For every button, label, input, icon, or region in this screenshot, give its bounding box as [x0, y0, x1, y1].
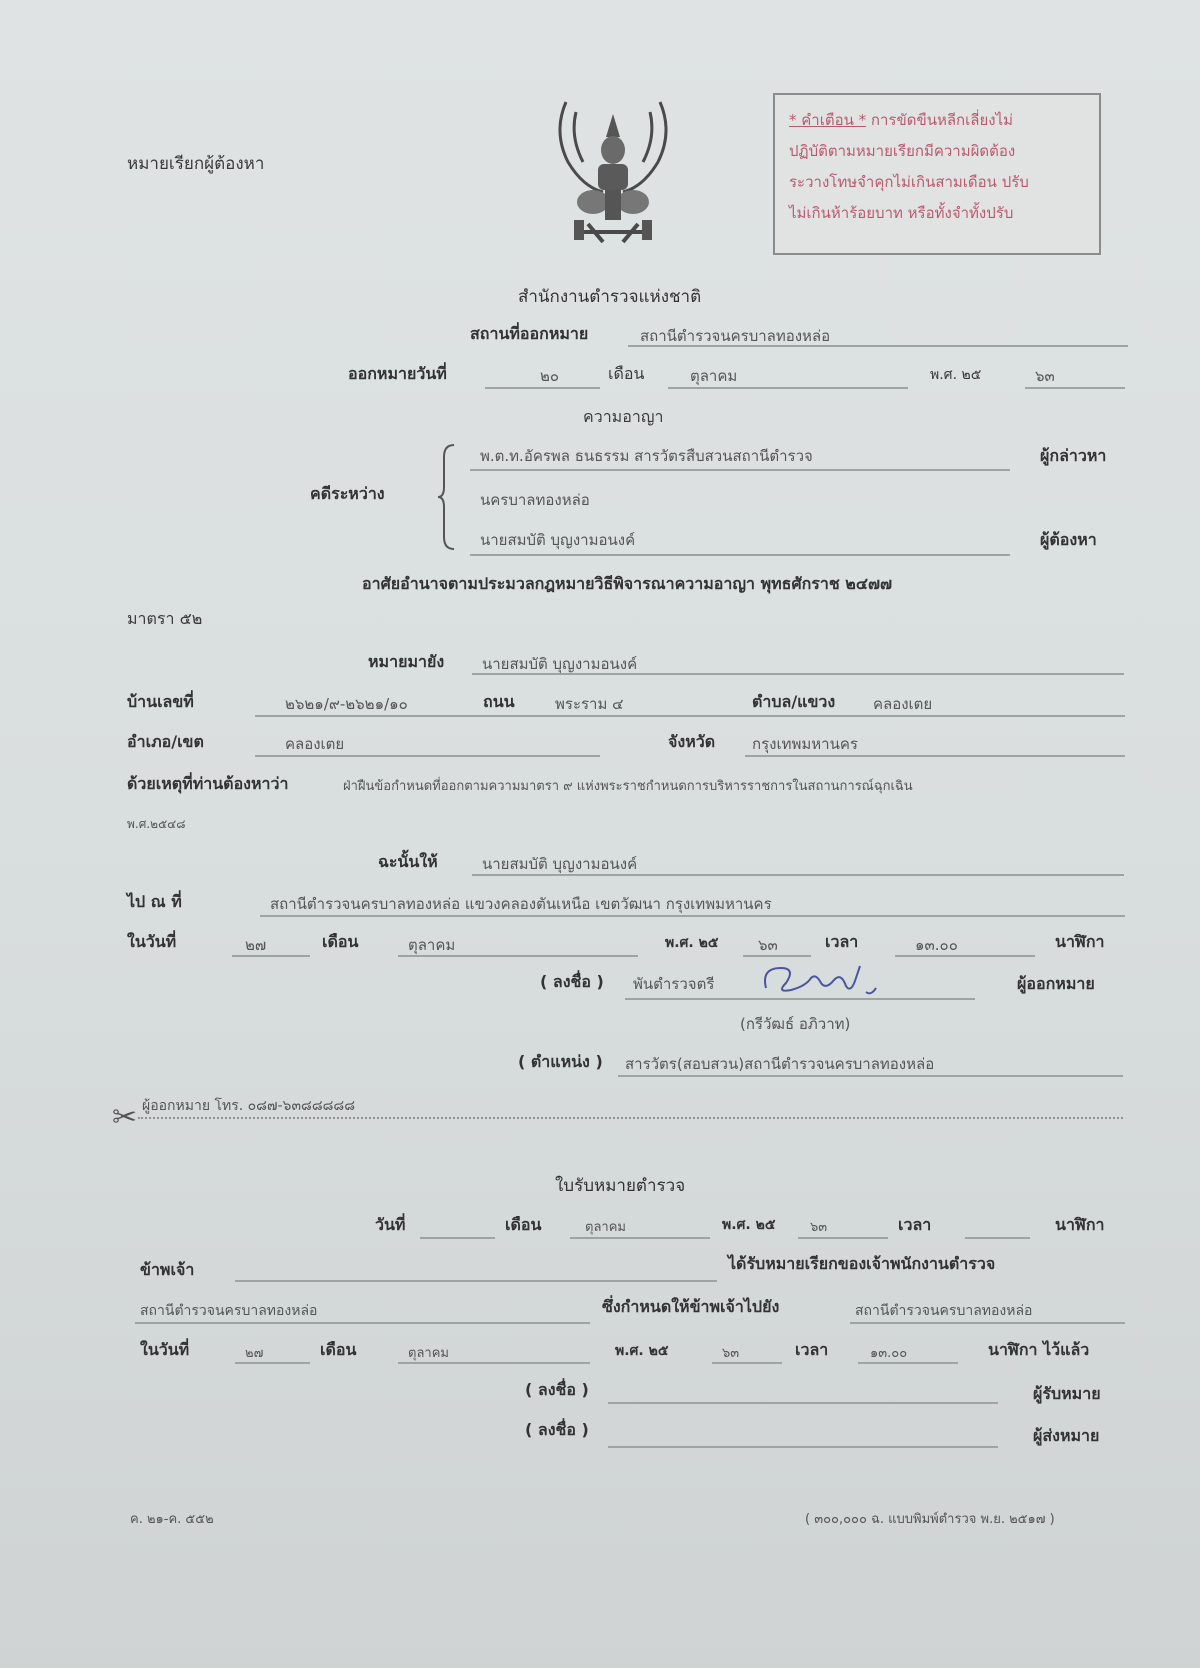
receipt-year-label: พ.ศ. ๒๕	[722, 1214, 775, 1236]
receipt-on-day-label: ในวันที่	[140, 1338, 189, 1363]
section-text: มาตรา ๕๒	[127, 607, 202, 632]
receipt-done-label: นาฬิกา ไว้แล้ว	[988, 1338, 1089, 1363]
reason-value-cont: พ.ศ.๒๕๔๘	[127, 815, 186, 834]
receipt-on-year: ๖๓	[722, 1342, 739, 1363]
phone-line: ผู้ออกหมาย โทร. ๐๘๗-๖๓๘๘๘๘๘	[142, 1095, 355, 1117]
issue-date-label: ออกหมายวันที่	[348, 362, 447, 387]
issue-day: ๒๐	[540, 364, 559, 388]
sign-label: ( ลงชื่อ )	[540, 970, 604, 995]
case-between-label: คดีระหว่าง	[310, 482, 385, 507]
position-value: สารวัตร(สอบสวน)สถานีตำรวจนครบาลทองหล่อ	[625, 1052, 934, 1076]
case-type: ความอาญา	[583, 405, 663, 430]
accused-role: ผู้ต้องหา	[1040, 528, 1097, 553]
issuer-role: ผู้ออกหมาย	[1017, 972, 1095, 997]
scissors-icon: ✂	[112, 1100, 137, 1135]
receipt-day-label: วันที่	[375, 1213, 405, 1238]
issue-place-label: สถานที่ออกหมาย	[470, 322, 588, 347]
warning-line: การขัดขืนหลีกเลี่ยงไม่	[871, 111, 1013, 129]
sender-signature-field[interactable]	[608, 1446, 998, 1448]
house-label: บ้านเลขที่	[127, 690, 194, 715]
time-label: เวลา	[825, 930, 858, 955]
receiver-role: ผู้รับหมาย	[1033, 1382, 1101, 1407]
go-to-value: สถานีตำรวจนครบาลทองหล่อ แขวงคลองตันเหนือ…	[270, 892, 772, 916]
warning-line: ปฏิบัติตามหมายเรียกมีความผิดต้อง	[789, 136, 1089, 167]
position-label: ( ตำแหน่ง )	[518, 1050, 603, 1075]
issuer-name: (กรีวัฒธ์ อภิวาท)	[740, 1012, 850, 1036]
reason-value: ฝ่าฝืนข้อกำหนดที่ออกตามความมาตรา ๙ แห่งพ…	[343, 775, 913, 796]
subdistrict-value: คลองเตย	[873, 692, 932, 716]
brace-icon	[436, 443, 458, 551]
agency-title: สำนักงานตำรวจแห่งชาติ	[518, 283, 701, 310]
road-label: ถนน	[483, 690, 515, 715]
warning-line: ไม่เกินห้าร้อยบาท หรือทั้งจำทั้งปรับ	[789, 198, 1089, 229]
time-value: ๑๓.๐๐	[915, 933, 958, 957]
go-to-label: ไป ณ ที่	[127, 890, 182, 915]
on-day-label: ในวันที่	[127, 930, 176, 955]
on-day-value: ๒๗	[245, 933, 266, 957]
road-value: พระราม ๔	[555, 692, 624, 716]
accuser-role: ผู้กล่าวหา	[1040, 444, 1106, 469]
receipt-title: ใบรับหมายตำรวจ	[555, 1172, 685, 1199]
therefore-label: ฉะนั้นให้	[378, 850, 438, 875]
summons-to-label: หมายมายัง	[368, 650, 444, 675]
accused-name: นายสมบัติ บุญงามอนงค์	[480, 528, 635, 552]
receipt-me-label: ข้าพเจ้า	[140, 1258, 194, 1283]
province-value: กรุงเทพมหานคร	[752, 732, 858, 756]
receipt-on-month-label: เดือน	[320, 1338, 356, 1363]
receipt-on-time: ๑๓.๐๐	[870, 1342, 907, 1363]
receipt-on-month: ตุลาคม	[408, 1342, 449, 1363]
on-month-label: เดือน	[322, 930, 358, 955]
receipt-received-text: ได้รับหมายเรียกของเจ้าพนักงานตำรวจ	[728, 1252, 995, 1277]
on-month-value: ตุลาคม	[408, 933, 455, 957]
summons-document: หมายเรียกผู้ต้องหา * คำเตือน * การขัดขืน…	[0, 0, 1200, 1668]
reason-label: ด้วยเหตุที่ท่านต้องหาว่า	[127, 772, 288, 797]
sender-role: ผู้ส่งหมาย	[1033, 1424, 1099, 1449]
issue-year: ๖๓	[1035, 364, 1055, 388]
receipt-sign-label: ( ลงชื่อ )	[525, 1378, 589, 1403]
on-year-value: ๖๓	[758, 933, 778, 957]
receipt-on-day: ๒๗	[245, 1342, 263, 1363]
cut-line	[138, 1117, 1123, 1119]
receipt-on-year-label: พ.ศ. ๒๕	[615, 1340, 668, 1362]
district-value: คลองเตย	[285, 732, 344, 756]
issue-year-label: พ.ศ. ๒๕	[930, 364, 981, 386]
authority-text: อาศัยอำนาจตามประมวลกฎหมายวิธีพิจารณาความ…	[362, 572, 892, 597]
sign-rank: พันตำรวจตรี	[633, 972, 714, 996]
document-type: หมายเรียกผู้ต้องหา	[127, 150, 264, 177]
receiver-signature-field[interactable]	[608, 1402, 998, 1404]
therefore-value: นายสมบัติ บุญงามอนงค์	[482, 852, 637, 876]
receipt-goto-value: สถานีตำรวจนครบาลทองหล่อ	[855, 1300, 1032, 1322]
print-note: ( ๓๐๐,๐๐๐ ฉ. แบบพิมพ์ตำรวจ พ.ย. ๒๕๑๗ )	[805, 1508, 1055, 1529]
province-label: จังหวัด	[668, 730, 715, 755]
issue-month: ตุลาคม	[690, 364, 737, 388]
district-label: อำเภอ/เขต	[127, 730, 204, 755]
garuda-emblem-icon	[548, 92, 678, 252]
house-value: ๒๖๒๑/๙-๒๖๒๑/๑๐	[285, 692, 408, 716]
warning-box: * คำเตือน * การขัดขืนหลีกเลี่ยงไม่ ปฏิบั…	[773, 93, 1101, 255]
signature-icon	[756, 958, 886, 1008]
receipt-year: ๖๓	[810, 1216, 827, 1237]
warning-lead: * คำเตือน *	[789, 111, 866, 129]
accuser-line2: นครบาลทองหล่อ	[480, 488, 590, 512]
warning-line: ระวางโทษจำคุกไม่เกินสามเดือน ปรับ	[789, 167, 1089, 198]
sender-sign-label: ( ลงชื่อ )	[525, 1418, 589, 1443]
receipt-month: ตุลาคม	[585, 1216, 626, 1237]
receipt-on-time-label: เวลา	[795, 1338, 828, 1363]
receipt-time-label: เวลา	[898, 1213, 931, 1238]
receipt-me-field[interactable]	[235, 1280, 717, 1282]
receipt-minute-label: นาฬิกา	[1055, 1213, 1105, 1238]
on-year-label: พ.ศ. ๒๕	[665, 932, 718, 954]
receipt-month-label: เดือน	[505, 1213, 541, 1238]
form-code: ค. ๒๑-ค. ๕๕๒	[130, 1508, 214, 1529]
receipt-goto-label: ซึ่งกำหนดให้ข้าพเจ้าไปยัง	[602, 1295, 779, 1320]
subdistrict-label: ตำบล/แขวง	[752, 690, 835, 715]
minute-label: นาฬิกา	[1055, 930, 1105, 955]
receipt-from-value: สถานีตำรวจนครบาลทองหล่อ	[140, 1300, 317, 1322]
accuser-line1: พ.ต.ท.อัครพล ธนธรรม สารวัตรสืบสวนสถานีตำ…	[480, 444, 813, 468]
issue-month-label: เดือน	[608, 362, 644, 387]
